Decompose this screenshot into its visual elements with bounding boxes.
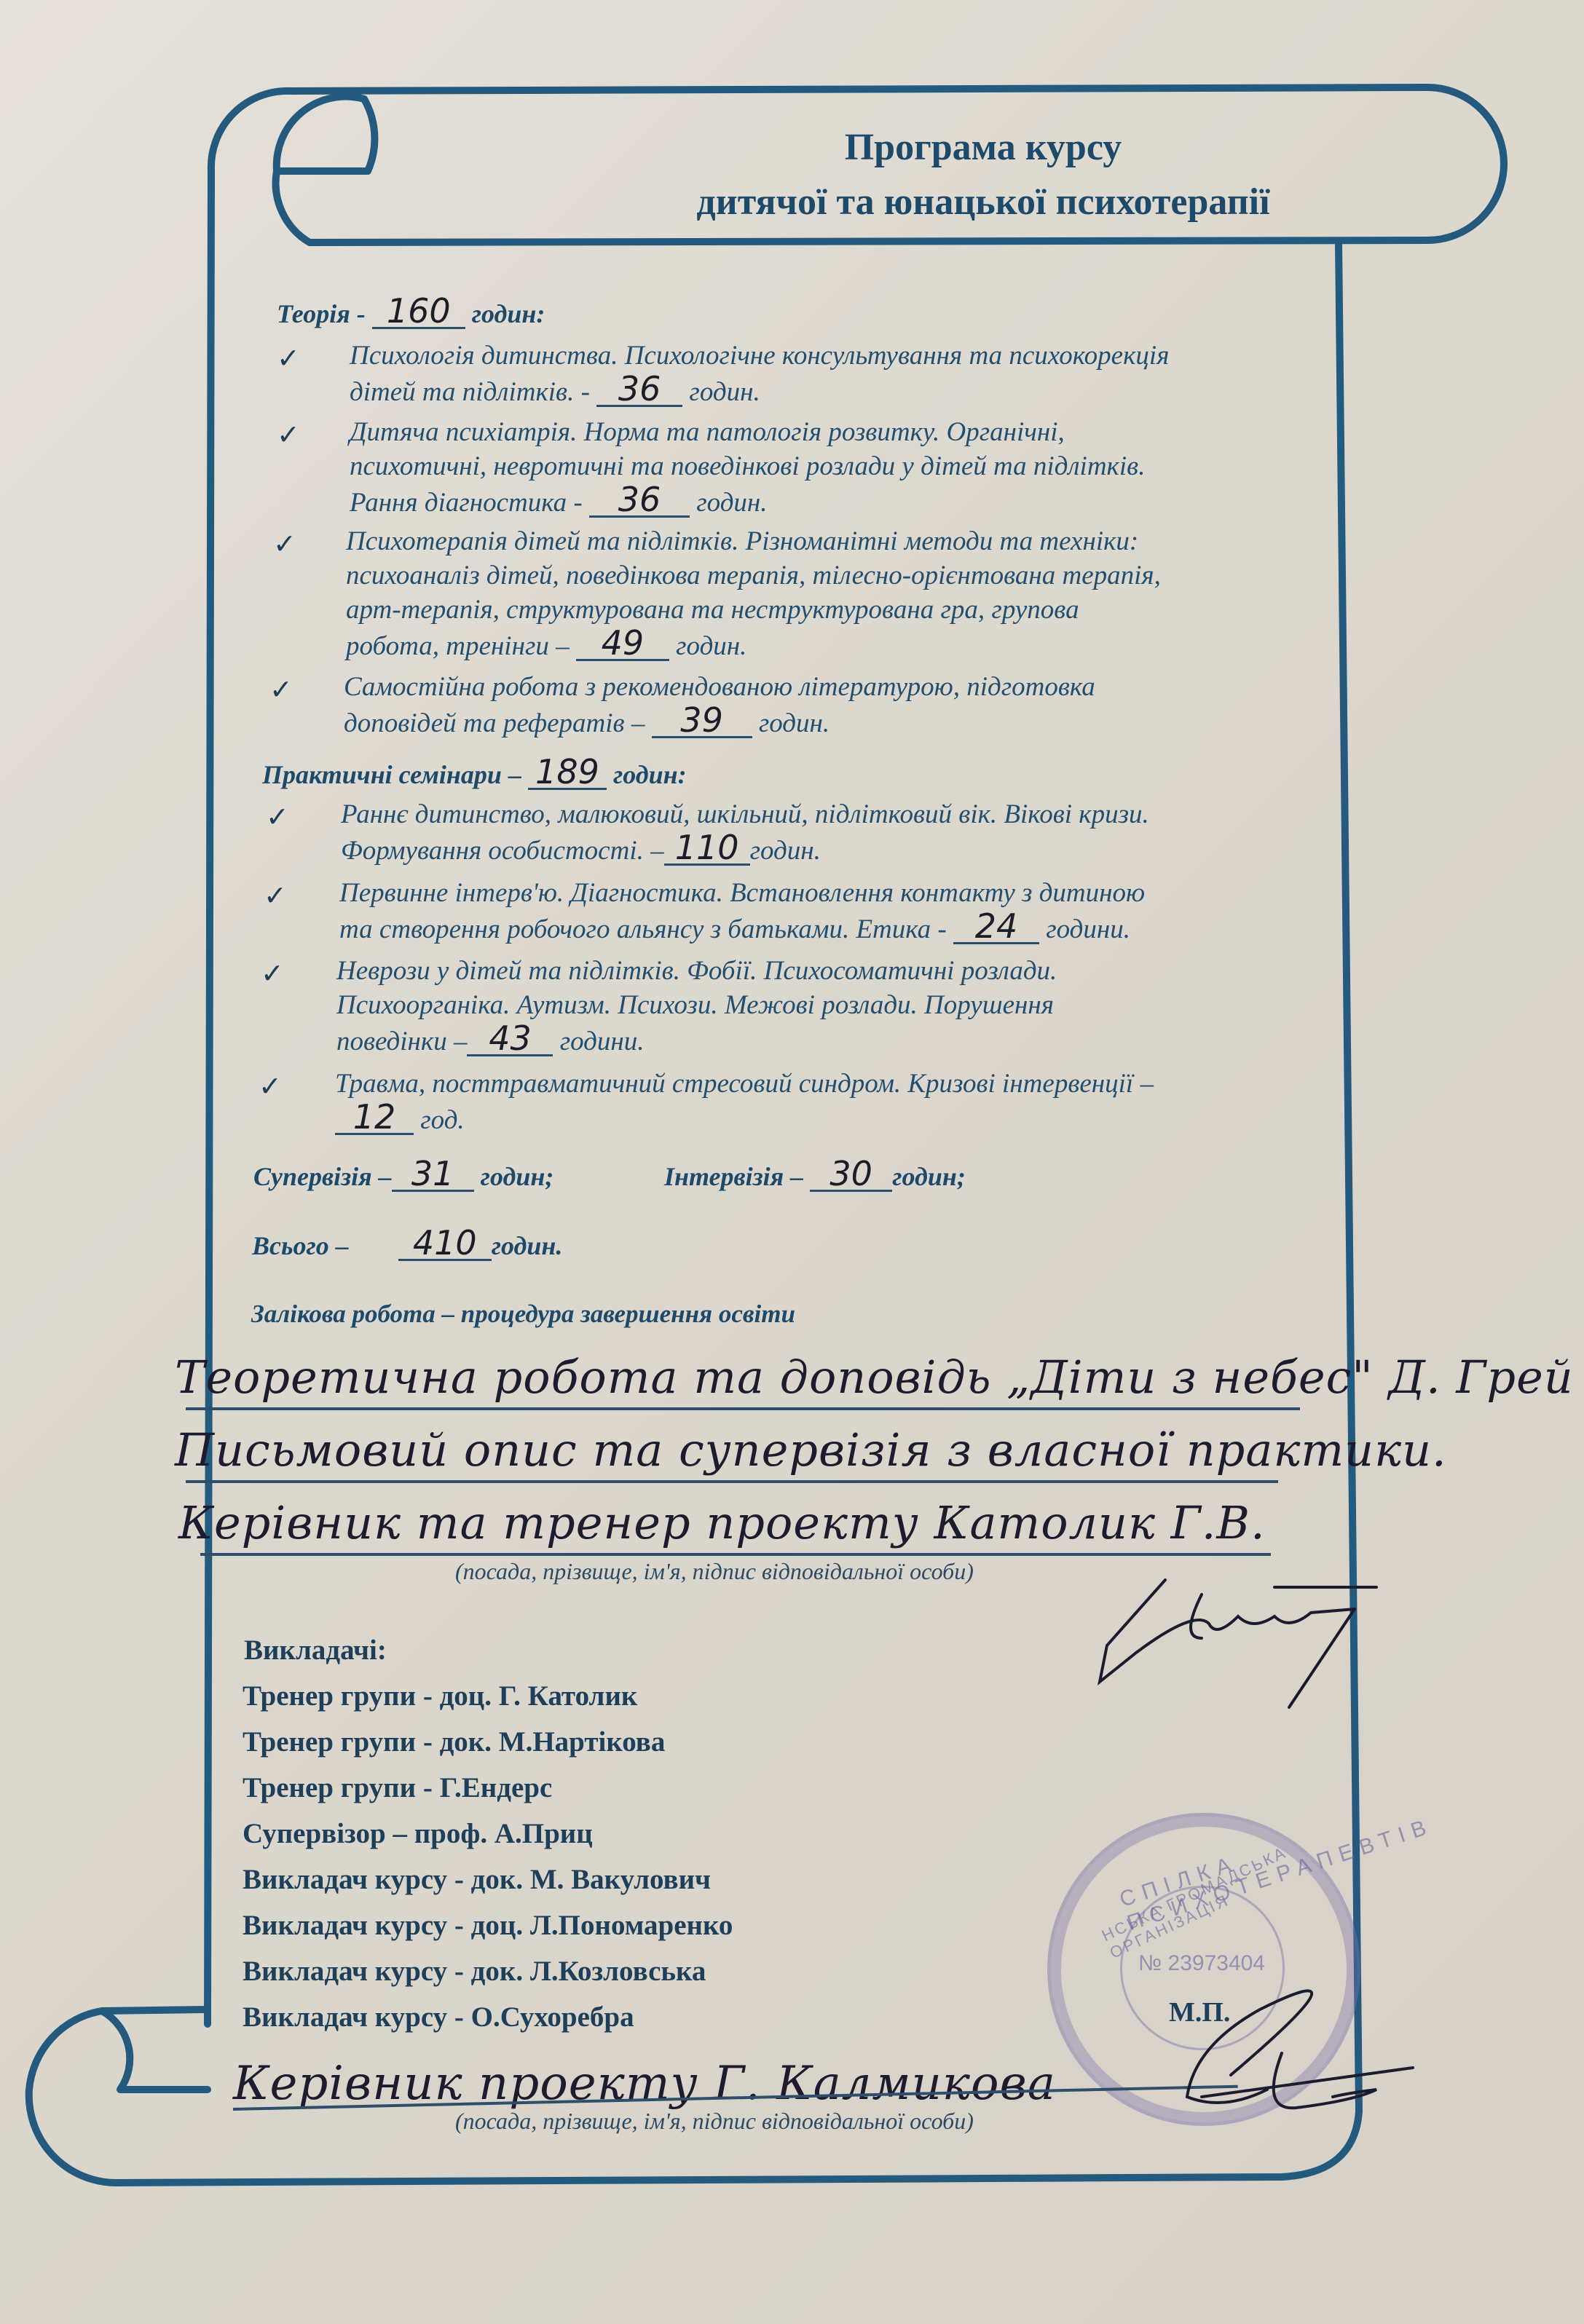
theory-item-3: Психотерапія дітей та підлітків. Різнома…: [346, 524, 1289, 663]
supervision-row: Супервізія –31 годин;: [253, 1158, 553, 1192]
underline: [186, 1480, 1278, 1483]
teacher-item: Викладач курсу - доц. Л.Пономаренко: [243, 1902, 733, 1948]
practice-item-1: Раннє дитинство, малюковий, шкільний, пі…: [341, 797, 1288, 868]
teacher-item: Тренер групи - доц. Г. Католик: [243, 1673, 733, 1719]
practice-item-4-hours: 12: [335, 1101, 414, 1135]
teacher-item: Тренер групи - док. М.Нартікова: [243, 1719, 733, 1765]
check-icon: ✓: [277, 342, 300, 375]
practice-item-3: Неврози у дітей та підлітків. Фобії. Пси…: [336, 954, 1288, 1059]
footer-caption: (посада, прізвище, ім'я, підпис відповід…: [455, 2108, 974, 2135]
teachers-heading: Викладачі:: [244, 1627, 387, 1673]
theory-hours: 160: [372, 295, 465, 329]
check-icon: ✓: [261, 957, 284, 990]
final-work-heading: Залікова робота – процедура завершення о…: [251, 1300, 795, 1329]
check-icon: ✓: [269, 673, 293, 706]
practice-item-3-hours: 43: [467, 1022, 553, 1056]
check-icon: ✓: [259, 1070, 282, 1103]
theory-heading: Теорія - 160 годин:: [277, 295, 545, 329]
teacher-item: Тренер групи - Г.Ендерс: [243, 1765, 733, 1811]
intervision-hours: 30: [810, 1158, 892, 1192]
total-hours: 410: [398, 1227, 492, 1261]
final-work-handwritten-line-2: Письмовий опис та супервізія з власної п…: [175, 1423, 1447, 1477]
theory-item-2-hours: 36: [589, 483, 690, 518]
check-icon: ✓: [266, 801, 289, 834]
signature-mark: [1092, 1565, 1398, 1711]
signature-caption: (посада, прізвище, ім'я, підпис відповід…: [455, 1558, 974, 1585]
teacher-item: Викладач курсу - О.Сухоребра: [243, 1994, 733, 2040]
theory-item-4-hours: 39: [652, 704, 752, 738]
check-icon: ✓: [273, 528, 296, 561]
check-icon: ✓: [277, 419, 300, 451]
theory-item-1: Психологія дитинства. Психологічне консу…: [350, 339, 1289, 409]
theory-item-3-hours: 49: [576, 627, 669, 661]
practice-item-2-hours: 24: [953, 910, 1039, 944]
project-head-handwritten: Керівник проекту Г. Калмикова: [233, 2057, 1056, 2111]
theory-item-1-hours: 36: [596, 373, 682, 407]
total-row: Всього – 410годин.: [252, 1227, 562, 1261]
theory-item-4: Самостійна робота з рекомендованою літер…: [344, 670, 1289, 740]
check-icon: ✓: [264, 880, 287, 912]
final-work-handwritten-line-3: Керівник та тренер проекту Католик Г.В.: [178, 1496, 1266, 1549]
teachers-list: Тренер групи - доц. Г. Католик Тренер гр…: [243, 1673, 733, 2040]
practice-item-1-hours: 110: [664, 831, 750, 866]
director-signature-mark: [1136, 1966, 1427, 2141]
teacher-item: Викладач курсу - док. Л.Козловська: [243, 1948, 733, 1994]
practice-item-2: Первинне інтерв'ю. Діагностика. Встановл…: [339, 876, 1288, 946]
final-work-handwritten-line-1: Теоретична робота та доповідь „Діти з не…: [175, 1351, 1574, 1404]
theory-unit: годин:: [472, 299, 545, 328]
underline: [186, 1407, 1300, 1410]
document-subtitle: дитячої та юнацької психотерапії: [510, 181, 1457, 224]
document-title: Програма курсу: [510, 126, 1457, 170]
supervision-hours: 31: [392, 1158, 474, 1192]
practice-heading: Практичні семінари – 189 годин:: [262, 756, 687, 790]
theory-label: Теорія -: [277, 299, 366, 328]
practice-item-4: Травма, посттравматичний стресовий синдр…: [335, 1067, 1289, 1137]
theory-item-2: Дитяча психіатрія. Норма та патологія ро…: [350, 415, 1289, 520]
teacher-item: Викладач курсу - док. М. Вакулович: [243, 1857, 733, 1902]
practice-hours: 189: [528, 756, 607, 790]
intervision-row: Інтервізія – 30годин;: [664, 1158, 966, 1192]
underline: [200, 1553, 1271, 1556]
teacher-item: Супервізор – проф. А.Приц: [243, 1811, 733, 1857]
